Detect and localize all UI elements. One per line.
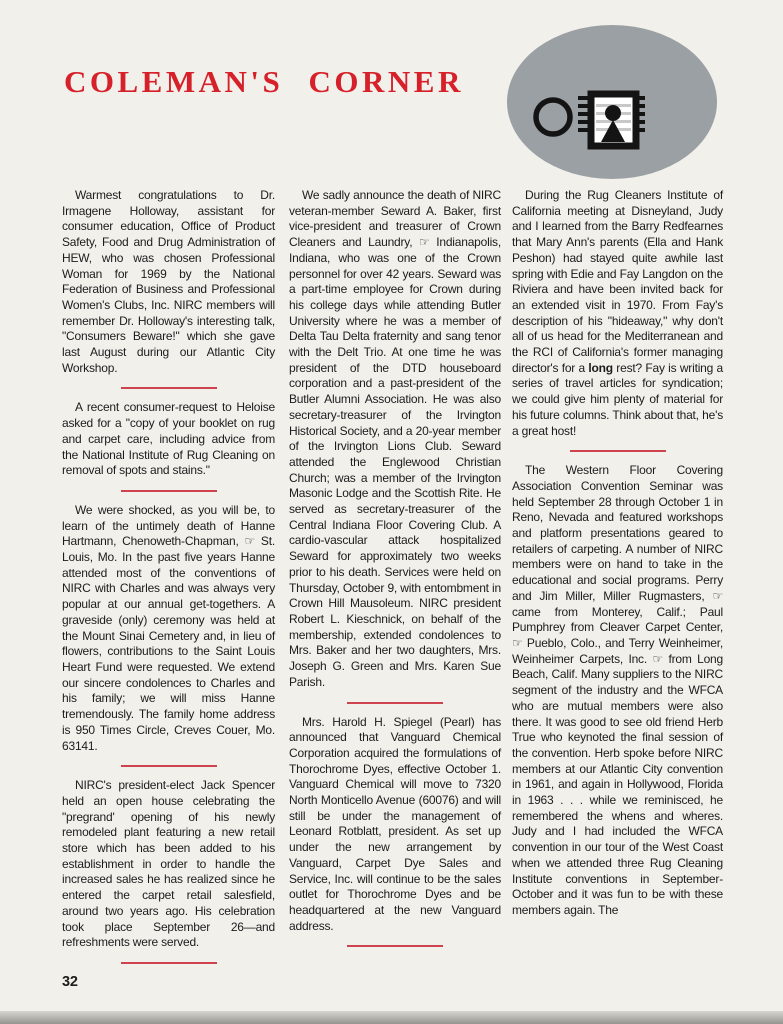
- bold-word: long: [588, 361, 613, 375]
- article-paragraph: The Western Floor Covering Association C…: [512, 463, 723, 918]
- page-number: 32: [62, 975, 275, 991]
- section-divider: [121, 387, 217, 389]
- column-3: During the Rug Cleaners Institute of Cal…: [512, 188, 723, 919]
- portrait-badge-icon: [506, 24, 718, 180]
- article-paragraph: During the Rug Cleaners Institute of Cal…: [512, 188, 723, 439]
- section-divider: [121, 962, 217, 964]
- article-paragraph: Mrs. Harold H. Spiegel (Pearl) has annou…: [289, 715, 501, 935]
- column-2: We sadly announce the death of NIRC vete…: [289, 188, 501, 958]
- article-paragraph: NIRC's president-elect Jack Spencer held…: [62, 778, 275, 951]
- section-divider: [121, 490, 217, 492]
- section-divider: [347, 945, 443, 947]
- paragraph-text: During the Rug Cleaners Institute of Cal…: [512, 188, 723, 375]
- column-1: Warmest congratulations to Dr. Irmagene …: [62, 188, 275, 991]
- person-head-icon: [605, 105, 621, 121]
- article-paragraph: Warmest congratulations to Dr. Irmagene …: [62, 188, 275, 376]
- article-paragraph: A recent consumer-request to Heloise ask…: [62, 400, 275, 479]
- page-title: COLEMAN'S CORNER: [64, 64, 464, 100]
- magazine-logo: [506, 24, 718, 185]
- article-paragraph: We sadly announce the death of NIRC vete…: [289, 188, 501, 691]
- section-divider: [570, 450, 666, 452]
- page-bottom-edge: [0, 1011, 783, 1024]
- section-divider: [121, 765, 217, 767]
- section-divider: [347, 702, 443, 704]
- article-paragraph: We were shocked, as you will be, to lear…: [62, 503, 275, 754]
